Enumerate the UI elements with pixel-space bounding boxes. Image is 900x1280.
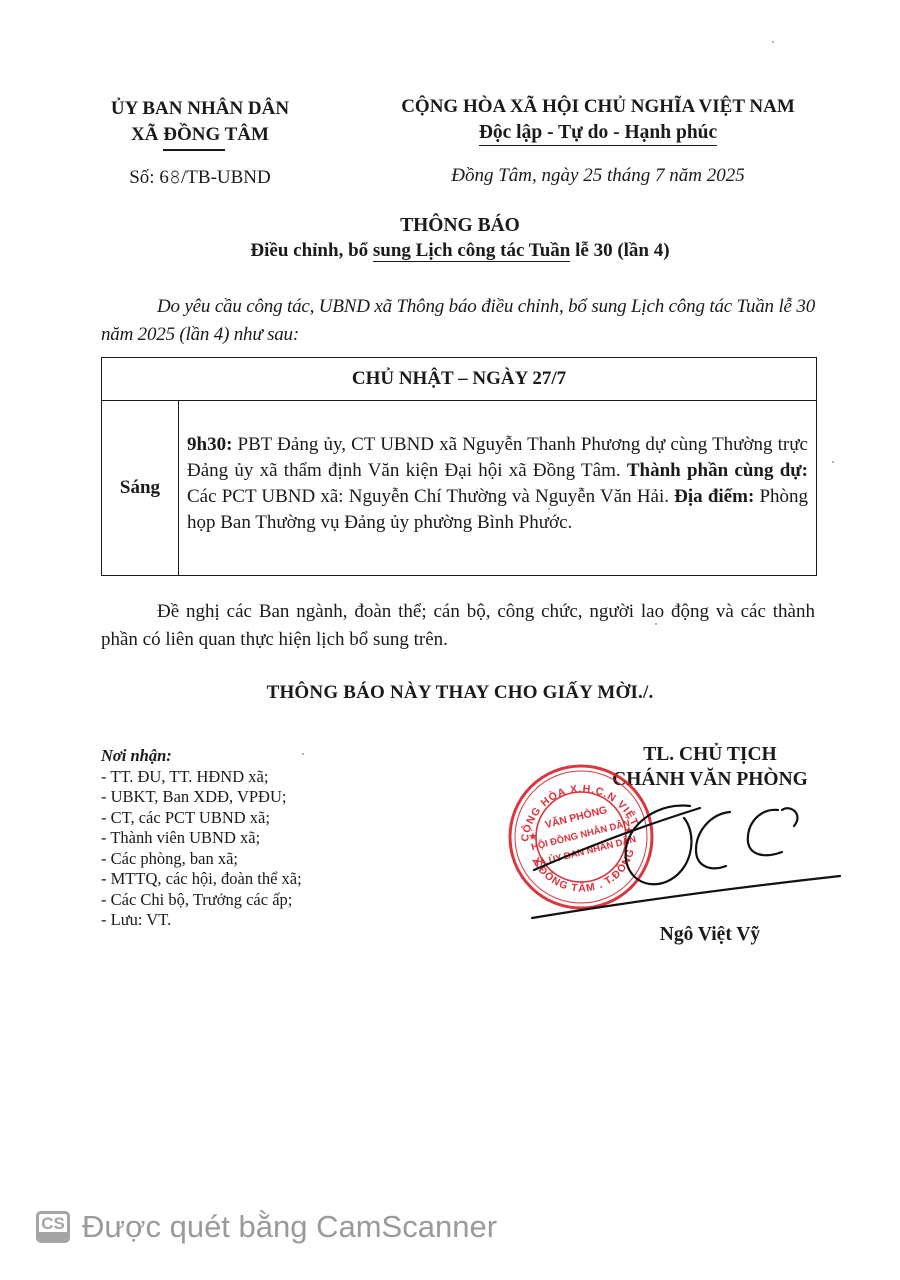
list-item: - UBKT, Ban XDĐ, VPĐU; xyxy=(101,787,421,808)
national-header: CỘNG HÒA XÃ HỘI CHỦ NGHĨA VIỆT NAM Độc l… xyxy=(368,94,828,146)
recipients-list: Nơi nhận: - TT. ĐU, TT. HĐND xã; - UBKT,… xyxy=(101,746,421,931)
nation-line: CỘNG HÒA XÃ HỘI CHỦ NGHĨA VIỆT NAM xyxy=(368,94,828,120)
list-item: - TT. ĐU, TT. HĐND xã; xyxy=(101,767,421,788)
document-subtitle: Điều chỉnh, bổ sung Lịch công tác Tuần l… xyxy=(100,240,820,262)
handwritten-signature-icon xyxy=(520,800,850,930)
motto: Độc lập - Tự do - Hạnh phúc xyxy=(479,121,717,146)
list-item: - CT, các PCT UBND xã; xyxy=(101,808,421,829)
scan-speck xyxy=(302,753,304,755)
place-date: Đồng Tâm, ngày 25 tháng 7 năm 2025 xyxy=(368,165,828,187)
schedule-day-header: CHỦ NHẬT – NGÀY 27/7 xyxy=(102,358,817,401)
closing-paragraph: Đề nghị các Ban ngành, đoàn thể; cán bộ,… xyxy=(101,598,815,654)
document-number: Số: 6𝟾/TB-UBND xyxy=(80,167,320,189)
watermark-text: Được quét bằng CamScanner xyxy=(82,1209,497,1245)
intro-paragraph: Do yêu cầu công tác, UBND xã Thông báo đ… xyxy=(101,293,815,349)
camscanner-watermark: CS Được quét bằng CamScanner xyxy=(36,1207,497,1247)
attendees: Các PCT UBND xã: Nguyễn Chí Thường và Ng… xyxy=(187,486,674,507)
document-title: THÔNG BÁO xyxy=(100,212,820,239)
subtitle-prefix: Điều chỉnh, bổ xyxy=(250,240,372,261)
table-row: Sáng 9h30: PBT Đảng ủy, CT UBND xã Nguyễ… xyxy=(102,401,817,576)
agency-line-2: XÃ ĐỒNG TÂM xyxy=(80,122,320,148)
scan-speck xyxy=(832,461,834,463)
scan-speck xyxy=(548,508,550,510)
schedule-day-row: CHỦ NHẬT – NGÀY 27/7 xyxy=(102,358,817,401)
subtitle-underlined: sung Lịch công tác Tuần xyxy=(373,240,570,262)
replace-notice: THÔNG BÁO NÀY THAY CHO GIẤY MỜI./. xyxy=(100,682,820,704)
issuing-agency: ỦY BAN NHÂN DÂN XÃ ĐỒNG TÂM xyxy=(80,96,320,151)
event-time: 9h30: xyxy=(187,434,232,455)
session-cell: Sáng xyxy=(102,401,179,576)
list-item: - Thành viên UBND xã; xyxy=(101,828,421,849)
list-item: - Các Chi bộ, Trưởng các ấp; xyxy=(101,890,421,911)
attendees-label: Thành phần cùng dự: xyxy=(627,460,808,481)
camscanner-logo-icon: CS xyxy=(36,1211,70,1243)
list-item: - Lưu: VT. xyxy=(101,910,421,931)
signer-name: Ngô Việt Vỹ xyxy=(560,924,860,946)
scan-speck xyxy=(655,623,657,625)
scan-speck xyxy=(772,41,774,43)
subtitle-suffix: lễ 30 (lần 4) xyxy=(570,240,669,261)
recipients-heading: Nơi nhận: xyxy=(101,746,421,767)
schedule-table: CHỦ NHẬT – NGÀY 27/7 Sáng 9h30: PBT Đảng… xyxy=(101,357,817,576)
agency-underline xyxy=(163,149,225,151)
list-item: - Các phòng, ban xã; xyxy=(101,849,421,870)
location-label: Địa điểm: xyxy=(674,486,754,507)
event-cell: 9h30: PBT Đảng ủy, CT UBND xã Nguyễn Tha… xyxy=(179,401,817,576)
list-item: - MTTQ, các hội, đoàn thể xã; xyxy=(101,869,421,890)
agency-line-1: ỦY BAN NHÂN DÂN xyxy=(80,96,320,122)
